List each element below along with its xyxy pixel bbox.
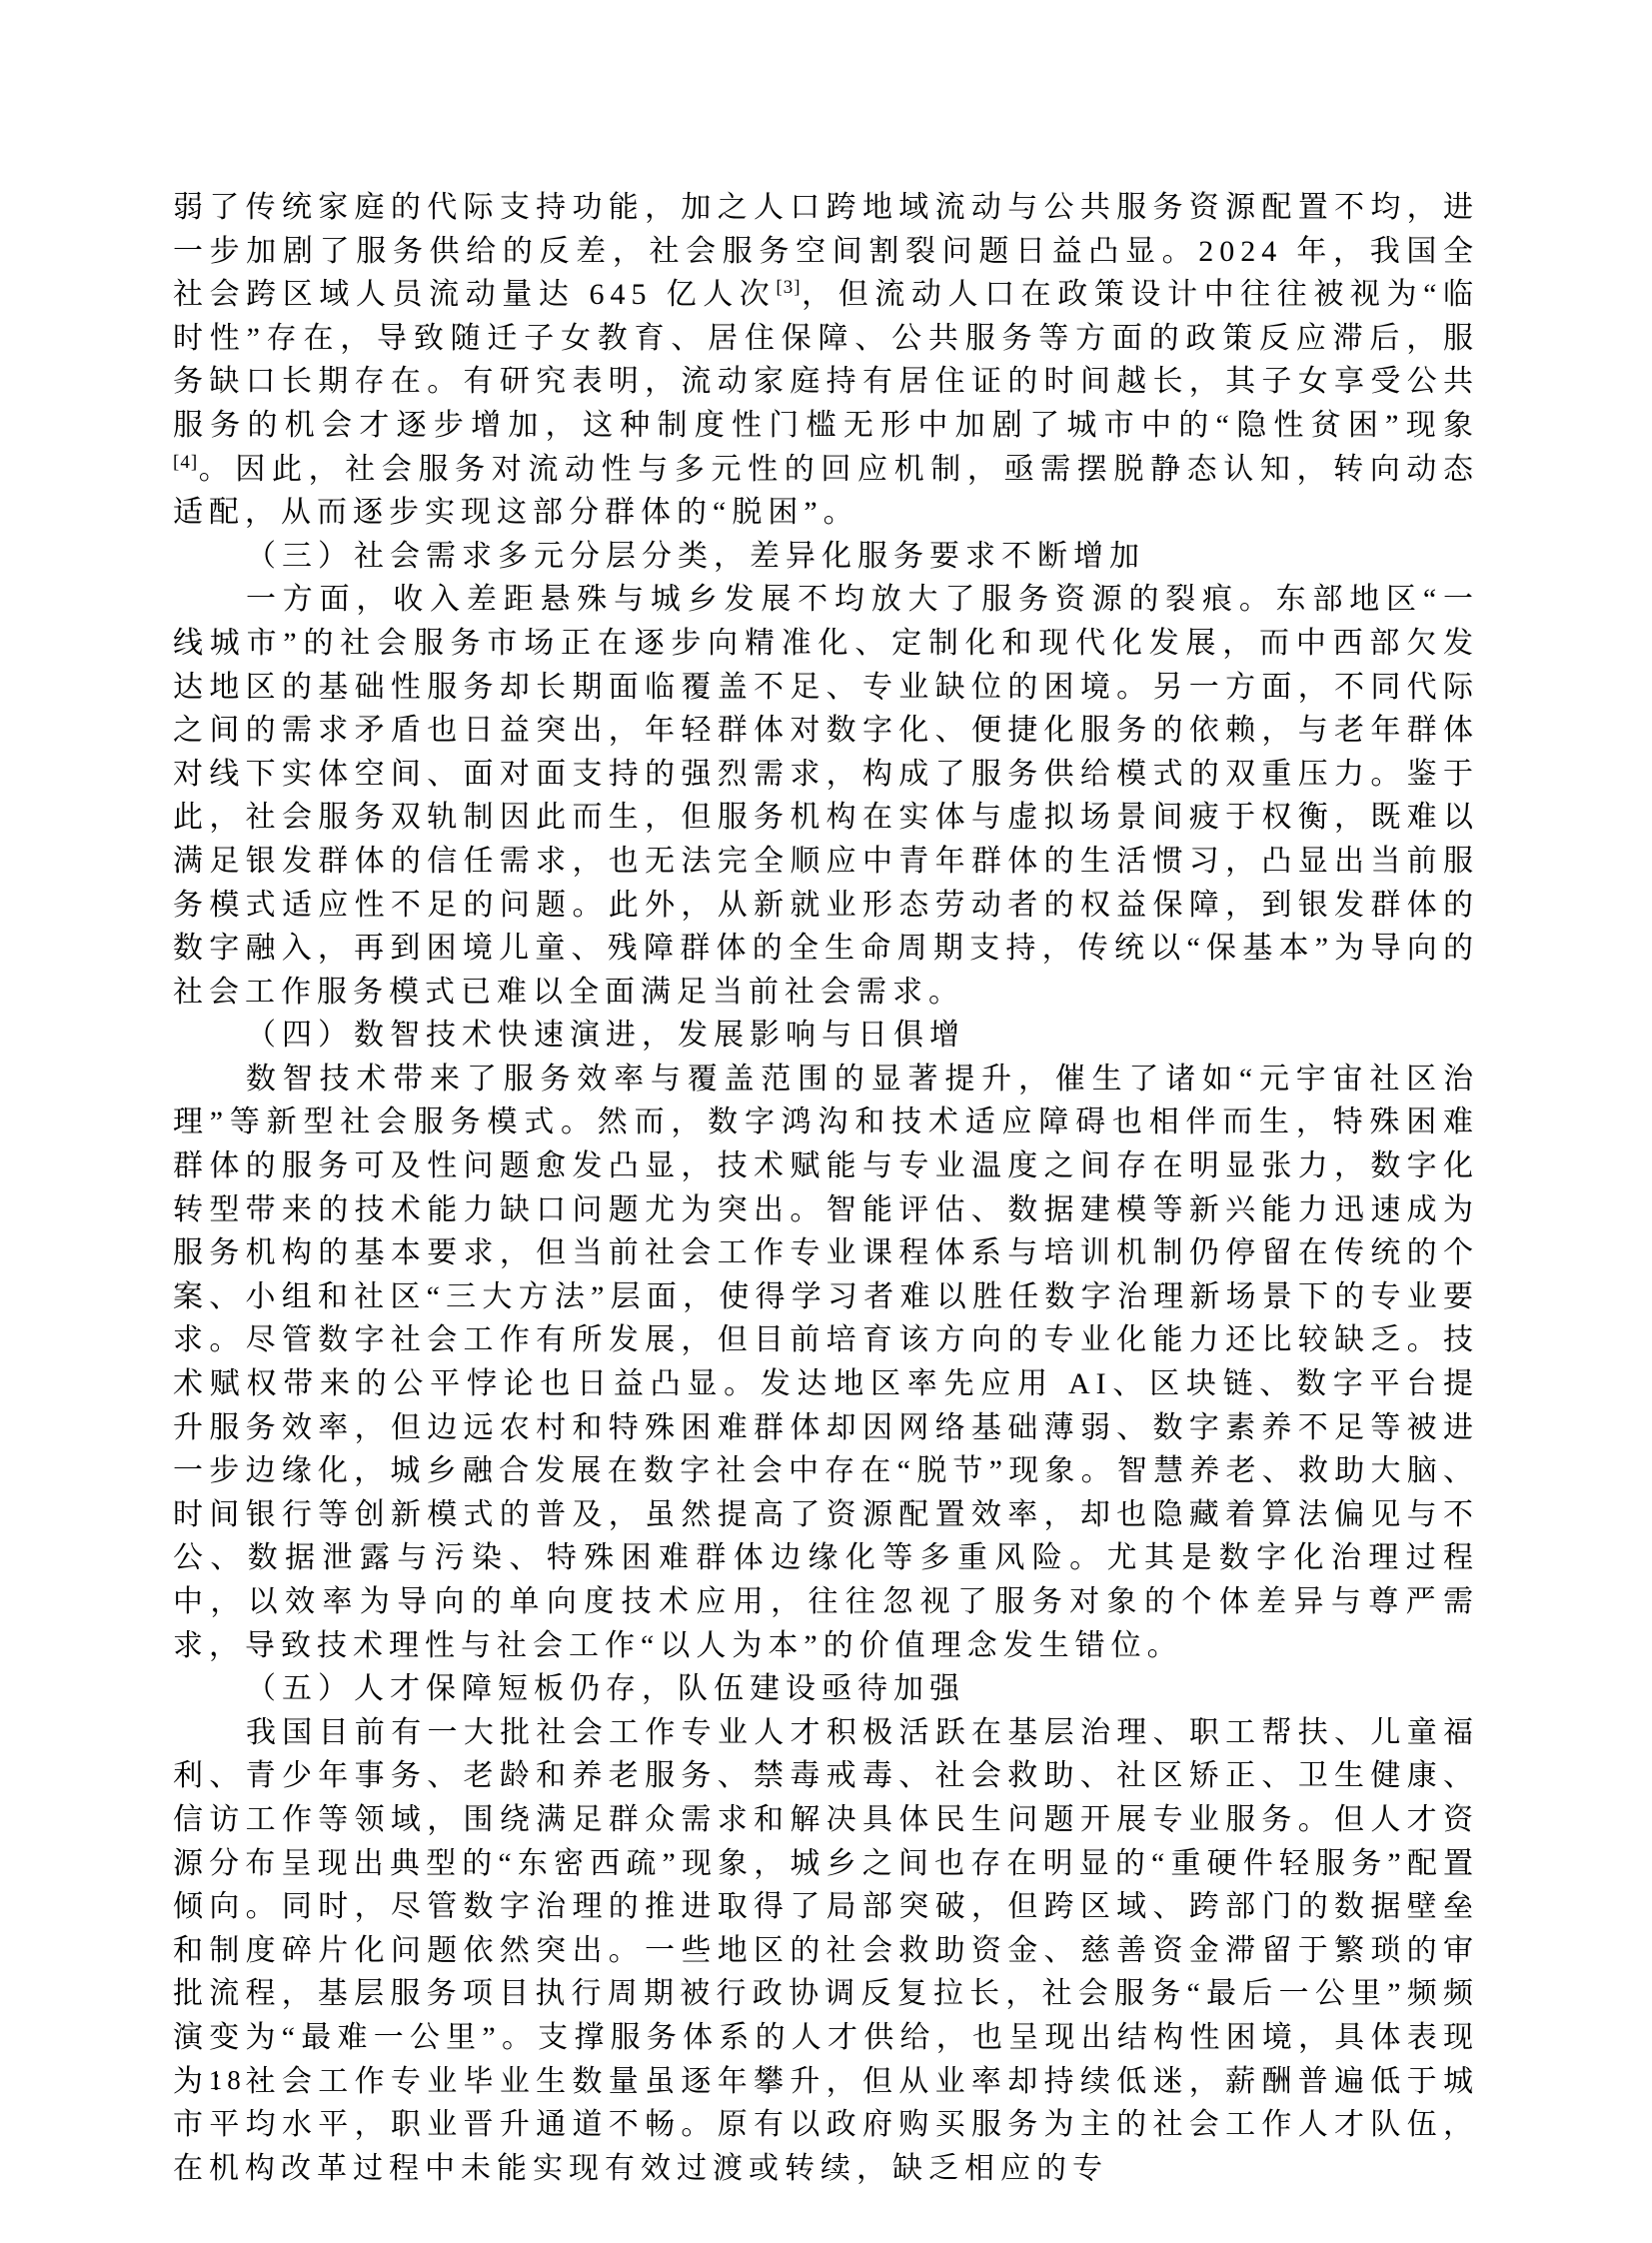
- document-page: 弱了传统家庭的代际支持功能，加之人口跨地域流动与公共服务资源配置不均，进一步加剧…: [0, 0, 1652, 2243]
- section-heading-3: （三）社会需求多元分层分类，差异化服务要求不断增加: [173, 535, 1479, 579]
- page-body: 弱了传统家庭的代际支持功能，加之人口跨地域流动与公共服务资源配置不均，进一步加剧…: [173, 186, 1479, 2190]
- paragraph-text: 。因此，社会服务对流动性与多元性的回应机制，亟需摆脱静态认知，转向动态适配，从而…: [173, 453, 1479, 530]
- section-heading-4: （四）数智技术快速演进，发展影响与日俱增: [173, 1014, 1479, 1058]
- section-heading-5: （五）人才保障短板仍存，队伍建设亟待加强: [173, 1667, 1479, 1711]
- paragraph: 一方面，收入差距悬殊与城乡发展不均放大了服务资源的裂痕。东部地区“一线城市”的社…: [173, 578, 1479, 1014]
- paragraph: 数智技术带来了服务效率与覆盖范围的显著提升，催生了诸如“元宇宙社区治理”等新型社…: [173, 1058, 1479, 1667]
- page-number: · 18 ·: [183, 2065, 271, 2096]
- footnote-ref-4: [4]: [173, 452, 198, 473]
- paragraph-continuation: 弱了传统家庭的代际支持功能，加之人口跨地域流动与公共服务资源配置不均，进一步加剧…: [173, 186, 1479, 535]
- footnote-ref-3: [3]: [776, 277, 801, 298]
- paragraph: 我国目前有一大批社会工作专业人才积极活跃在基层治理、职工帮扶、儿童福利、青少年事…: [173, 1711, 1479, 2191]
